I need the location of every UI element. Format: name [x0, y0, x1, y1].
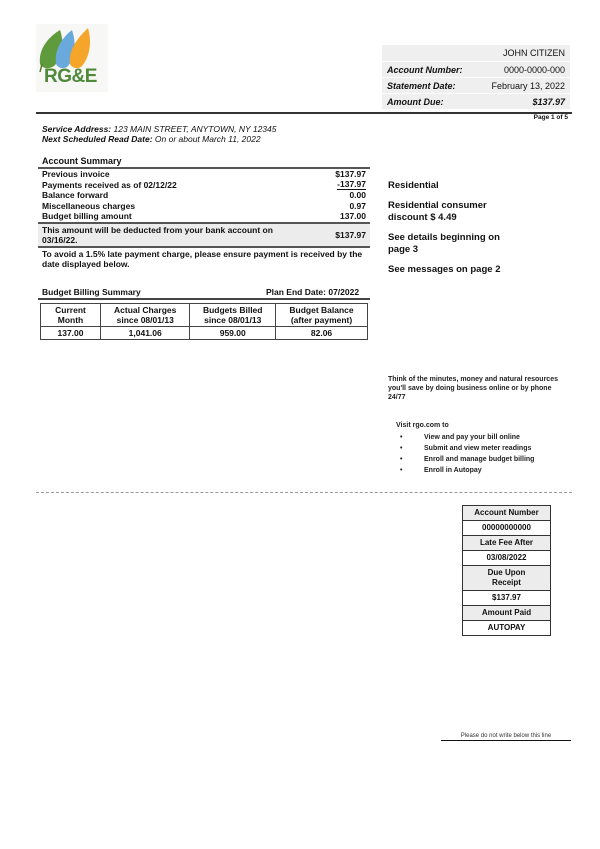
budget-billing-title: Budget Billing Summary	[42, 287, 141, 297]
header-line: Budgets Billed	[192, 305, 273, 315]
summary-amount: 137.00	[340, 211, 366, 222]
remittance-box: Account Number 00000000000 Late Fee Afte…	[462, 505, 551, 636]
statement-date-label: Statement Date:	[387, 81, 456, 91]
deduction-amount: $137.97	[335, 230, 366, 240]
remit-cell: 03/08/2022	[463, 551, 551, 566]
remit-row: 00000000000	[463, 521, 551, 536]
account-number-value: 0000-0000-000	[504, 65, 565, 75]
remit-row: AUTOPAY	[463, 621, 551, 636]
visit-list: •View and pay your bill online •Submit a…	[400, 432, 534, 476]
visit-item-text: Enroll in Autopay	[424, 465, 482, 476]
summary-row: Miscellaneous charges 0.97	[38, 201, 370, 212]
statement-date-value: February 13, 2022	[491, 81, 565, 91]
budget-billing-table: CurrentMonth Actual Chargessince 08/01/1…	[40, 303, 368, 340]
amount-due-value: $137.97	[532, 97, 565, 107]
remit-row: Late Fee After	[463, 536, 551, 551]
remit-cell: Due Upon Receipt	[463, 566, 551, 591]
budget-header-cell: Actual Chargessince 08/01/13	[101, 304, 190, 327]
account-header-box: JOHN CITIZEN Account Number: 0000-0000-0…	[382, 45, 570, 109]
summary-amount: 0.00	[349, 190, 366, 201]
remit-cell: Late Fee After	[463, 536, 551, 551]
customer-name: JOHN CITIZEN	[503, 48, 565, 58]
summary-label: Miscellaneous charges	[42, 201, 135, 212]
visit-item-text: Enroll and manage budget billing	[424, 454, 534, 465]
tear-off-line	[36, 492, 572, 493]
header-line: since 08/01/13	[103, 315, 187, 325]
visit-list-item: •Enroll in Autopay	[400, 465, 534, 476]
logo-text: RG&E	[44, 66, 97, 88]
service-info: Service Address: 123 MAIN STREET, ANYTOW…	[42, 124, 277, 144]
budget-header-cell: Budgets Billedsince 08/01/13	[190, 304, 276, 327]
message-item: See messages on page 2	[388, 264, 568, 276]
remit-cell: $137.97	[463, 591, 551, 606]
page-number: Page 1 of 5	[500, 114, 568, 121]
visit-list-item: •Enroll and manage budget billing	[400, 454, 534, 465]
autopay-deduction-row: This amount will be deducted from your b…	[38, 224, 370, 246]
statement-date-row: Statement Date: February 13, 2022	[382, 77, 570, 93]
header-line: since 08/01/13	[192, 315, 273, 325]
summary-label: Previous invoice	[42, 169, 110, 180]
header-line: (after payment)	[278, 315, 365, 325]
summary-label: Payments received as of 02/12/22	[42, 180, 177, 191]
budget-value-cell: 137.00	[41, 327, 101, 340]
account-summary: Previous invoice $137.97 Payments receiv…	[38, 167, 370, 270]
visit-list-item: •Submit and view meter readings	[400, 443, 534, 454]
read-date-label: Next Scheduled Read Date:	[42, 134, 153, 144]
do-not-write-line: Please do not write below this line	[441, 733, 571, 741]
account-summary-title: Account Summary	[42, 156, 122, 166]
remit-cell: AUTOPAY	[463, 621, 551, 636]
budget-header-row: CurrentMonth Actual Chargessince 08/01/1…	[41, 304, 368, 327]
header-line: Budget Balance	[278, 305, 365, 315]
customer-name-row: JOHN CITIZEN	[382, 45, 570, 61]
visit-intro: Visit rgo.com to	[396, 422, 449, 429]
summary-label: Budget billing amount	[42, 211, 132, 222]
remit-cell: 00000000000	[463, 521, 551, 536]
message-item: Residential consumer discount $ 4.49	[388, 200, 508, 224]
message-item: Residential	[388, 180, 568, 192]
budget-header-cell: Budget Balance(after payment)	[276, 304, 368, 327]
account-messages: Residential Residential consumer discoun…	[388, 180, 568, 284]
header-divider	[36, 112, 572, 114]
plan-end-date: Plan End Date: 07/2022	[266, 287, 359, 297]
remit-cell: Account Number	[463, 506, 551, 521]
remit-row: Due Upon Receipt	[463, 566, 551, 591]
budget-billing-rule	[38, 298, 370, 300]
summary-label: Balance forward	[42, 190, 108, 201]
budget-values-row: 137.00 1,041.06 959.00 82.06	[41, 327, 368, 340]
bullet-icon: •	[400, 432, 424, 443]
amount-due-label: Amount Due:	[387, 97, 444, 107]
header-line: Actual Charges	[103, 305, 187, 315]
budget-value-cell: 1,041.06	[101, 327, 190, 340]
bullet-icon: •	[400, 443, 424, 454]
amount-due-row: Amount Due: $137.97	[382, 93, 570, 109]
summary-amount: -137.97	[337, 180, 366, 191]
deduction-text: This amount will be deducted from your b…	[42, 225, 282, 245]
service-address-label: Service Address:	[42, 124, 111, 134]
service-address: 123 MAIN STREET, ANYTOWN, NY 12345	[114, 124, 277, 134]
remit-row: $137.97	[463, 591, 551, 606]
summary-row: Payments received as of 02/12/22 -137.97	[38, 180, 370, 191]
remit-row: Amount Paid	[463, 606, 551, 621]
online-promo-text: Think of the minutes, money and natural …	[388, 375, 568, 402]
header-line: Current	[43, 305, 98, 315]
remit-cell: Amount Paid	[463, 606, 551, 621]
remit-row: Account Number	[463, 506, 551, 521]
visit-item-text: View and pay your bill online	[424, 432, 520, 443]
message-item: See details beginning on page 3	[388, 232, 503, 256]
budget-header-cell: CurrentMonth	[41, 304, 101, 327]
visit-item-text: Submit and view meter readings	[424, 443, 531, 454]
summary-row: Balance forward 0.00	[38, 190, 370, 201]
bullet-icon: •	[400, 454, 424, 465]
budget-value-cell: 959.00	[190, 327, 276, 340]
account-number-label: Account Number:	[387, 65, 463, 75]
remit-row: 03/08/2022	[463, 551, 551, 566]
visit-list-item: •View and pay your bill online	[400, 432, 534, 443]
budget-value-cell: 82.06	[276, 327, 368, 340]
summary-amount: $137.97	[335, 169, 366, 180]
summary-amount: 0.97	[349, 201, 366, 212]
summary-row: Budget billing amount 137.00	[38, 211, 370, 222]
header-line: Month	[43, 315, 98, 325]
account-number-row: Account Number: 0000-0000-000	[382, 61, 570, 77]
bullet-icon: •	[400, 465, 424, 476]
late-payment-note: To avoid a 1.5% late payment charge, ple…	[38, 248, 370, 270]
read-date: On or about March 11, 2022	[155, 134, 261, 144]
summary-row: Previous invoice $137.97	[38, 169, 370, 180]
